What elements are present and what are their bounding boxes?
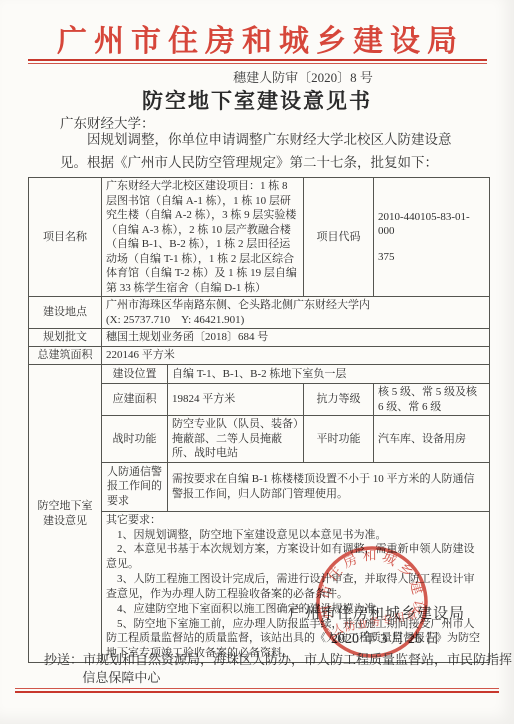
other-requirement-item: 1、因规划调整，防空地下室建设意见以本意见书为准。 xyxy=(106,528,485,543)
project-code-value: 2010-440105-83-01-000 375 xyxy=(374,178,490,297)
total-area-label: 总建筑面积 xyxy=(29,347,102,365)
cc-line: 抄送：市规划和自然资源局，海珠区人防办，市人防工程质量监督站，市民防指挥信息保障… xyxy=(44,651,514,686)
resistance-value: 核 5 级、常 5 级及核 6 级、常 6 级 xyxy=(374,384,490,416)
position-value: 自编 T-1、B-1、B-2 栋地下室负一层 xyxy=(168,365,490,384)
table-row-project: 项目名称 广东财经大学北校区建设项目：1 栋 8 层图书馆（自编 A-1 栋），… xyxy=(29,178,490,297)
wartime-label: 战时功能 xyxy=(102,416,168,463)
opinion-section-label: 防空地下室建设意见 xyxy=(29,365,102,663)
table-row-total-area: 总建筑面积 220146 平方米 xyxy=(29,347,490,365)
footer-divider-rule xyxy=(15,688,499,693)
page-title: 防空地下室建设意见书 xyxy=(0,85,514,115)
position-label: 建设位置 xyxy=(102,365,168,384)
project-code-line1: 2010-440105-83-01-000 xyxy=(378,210,485,239)
location-coordinates: (X: 25737.710 Y: 46421.901) xyxy=(106,313,485,328)
planning-doc-value: 穗国土规划业务函〔2018〕684 号 xyxy=(102,329,490,347)
cc-label: 抄送： xyxy=(44,652,83,667)
agency-header: 广州市住房和城乡建设局 xyxy=(0,16,514,60)
location-value: 广州市海珠区华南路东侧、仑头路北侧广东财经大学内 (X: 25737.710 Y… xyxy=(102,297,490,329)
seal-line-text: 人防业务专用章 xyxy=(331,607,420,636)
peacetime-value: 汽车库、设备用房 xyxy=(374,416,490,463)
planning-doc-label: 规划批文 xyxy=(29,329,102,347)
other-requirements-heading: 其它要求： xyxy=(106,513,485,528)
table-row-planning-doc: 规划批文 穗国土规划业务函〔2018〕684 号 xyxy=(29,329,490,347)
header-divider-rule xyxy=(28,59,487,64)
intro-paragraph: 因规划调整，你单位申请调整广东财经大学北校区人防建设意见。根据《广州市人民防空管… xyxy=(60,129,468,174)
document-number: 穗建人防审〔2020〕8 号 xyxy=(0,67,514,86)
project-code-label: 项目代码 xyxy=(304,178,374,297)
peacetime-label: 平时功能 xyxy=(304,416,374,463)
official-seal: 广州市住房和城乡建设局 人防业务专用章 xyxy=(305,535,439,669)
required-area-label: 应建面积 xyxy=(102,384,168,416)
location-address: 广州市海珠区华南路东侧、仑头路北侧广东财经大学内 xyxy=(106,298,485,313)
resistance-label: 抗力等级 xyxy=(304,384,374,416)
comm-room-value: 需按要求在自编 B-1 栋楼楼顶设置不小于 10 平方米的人防通信警报工作间，归… xyxy=(168,462,490,511)
project-code-line2: 375 xyxy=(378,250,485,265)
table-row-position: 防空地下室建设意见 建设位置 自编 T-1、B-1、B-2 栋地下室负一层 xyxy=(29,365,490,384)
project-name-label: 项目名称 xyxy=(29,178,102,297)
project-name-value: 广东财经大学北校区建设项目：1 栋 8 层图书馆（自编 A-1 栋），1 栋 1… xyxy=(102,178,304,297)
document-page: 广州市住房和城乡建设局 穗建人防审〔2020〕8 号 防空地下室建设意见书 广东… xyxy=(0,0,514,724)
cc-value: 市规划和自然资源局，海珠区人防办，市人防工程质量监督站，市民防指挥信息保障中心 xyxy=(82,652,512,685)
comm-room-label: 人防通信警报工作间的要求 xyxy=(102,462,168,511)
total-area-value: 220146 平方米 xyxy=(102,347,490,365)
location-label: 建设地点 xyxy=(29,297,102,329)
wartime-value: 防空专业队（队员、装备）掩蔽部、二等人员掩蔽所、战时电站 xyxy=(168,416,304,463)
required-area-value: 19824 平方米 xyxy=(168,384,304,416)
table-row-location: 建设地点 广州市海珠区华南路东侧、仑头路北侧广东财经大学内 (X: 25737.… xyxy=(29,297,490,329)
other-requirement-item: 2、本意见书基于本次规划方案，方案设计如有调整，需重新申领人防建设意见。 xyxy=(106,542,485,572)
